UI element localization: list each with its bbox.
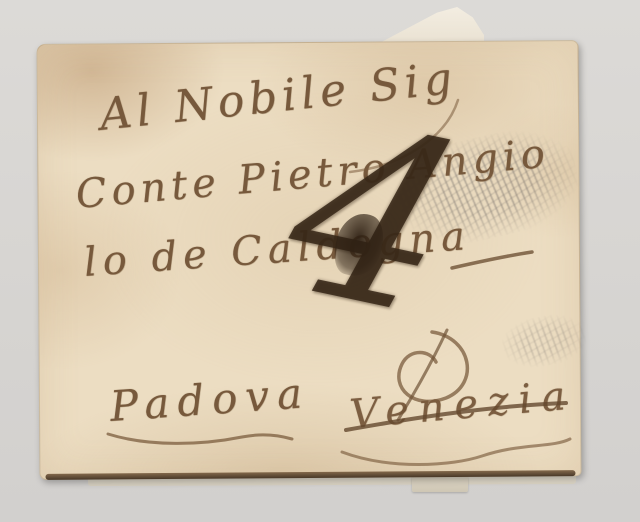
under-fold-tab	[412, 476, 468, 492]
photo-of-folded-letter: Al Nobile Sig Conte Pietro Angio lo de C…	[0, 0, 640, 522]
